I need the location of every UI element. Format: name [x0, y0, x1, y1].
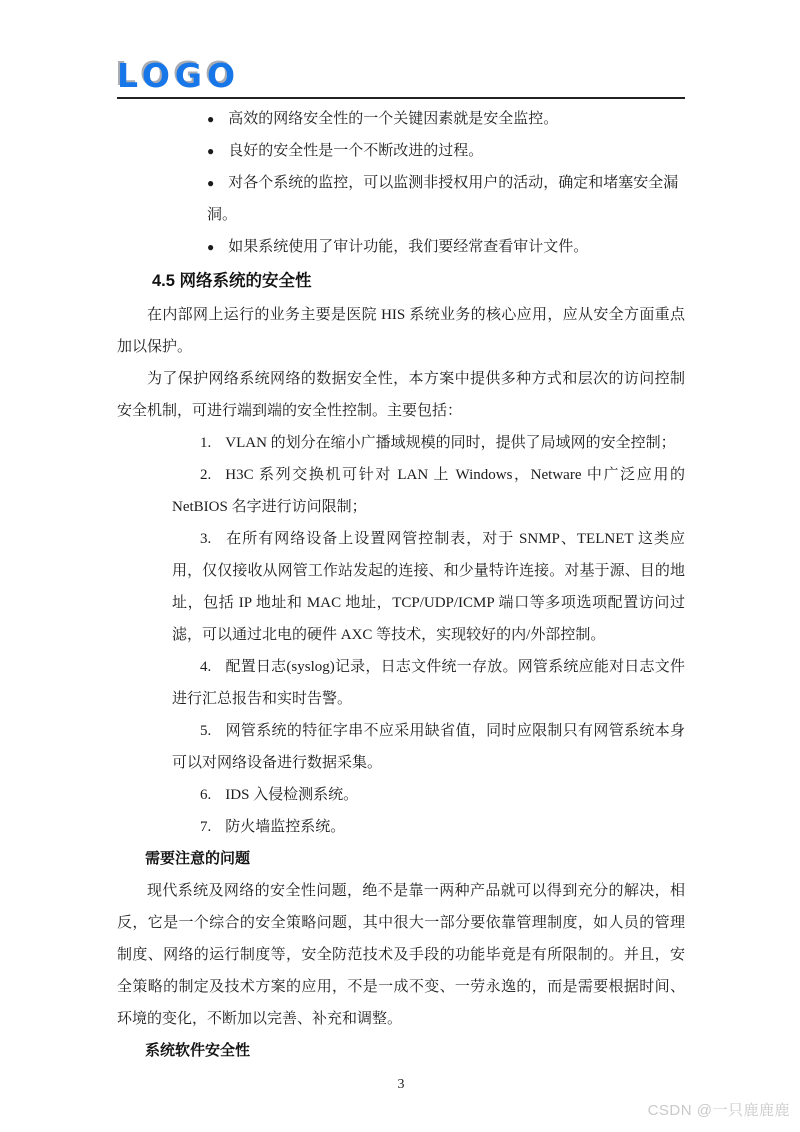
item-number: 3. [200, 531, 225, 547]
section-heading-4-5: 4.5 网络系统的安全性 [152, 269, 685, 293]
bullet-text: 如果系统使用了审计功能，我们要经常查看审计文件。 [228, 239, 588, 255]
item-number: 4. [200, 659, 225, 675]
bullet-list-item: ●良好的安全性是一个不断改进的过程。 [117, 135, 685, 167]
bullet-text: 高效的网络安全性的一个关键因素就是安全监控。 [228, 111, 558, 127]
csdn-watermark: CSDN @一只鹿鹿鹿 [648, 1099, 790, 1120]
item-text: IDS 入侵检测系统。 [225, 787, 358, 803]
bullet-icon: ● [207, 103, 214, 135]
item-text: 防火墙监控系统。 [225, 819, 345, 835]
item-number: 1. [200, 435, 225, 451]
page-number: 3 [117, 1075, 685, 1095]
document-page: LOGO ●高效的网络安全性的一个关键因素就是安全监控。 ●良好的安全性是一个不… [0, 0, 800, 1132]
item-text: 配置日志(syslog)记录，日志文件统一存放。网管系统应能对日志文件进行汇总报… [172, 659, 685, 707]
paragraph: 现代系统及网络的安全性问题，绝不是靠一两种产品就可以得到充分的解决，相反，它是一… [117, 875, 685, 1035]
bullet-icon: ● [207, 167, 214, 199]
subheading-notes: 需要注意的问题 [117, 843, 685, 875]
page-header: LOGO [117, 0, 685, 99]
numbered-item: 3.在所有网络设备上设置网管控制表，对于 SNMP、TELNET 这类应用，仅仅… [117, 523, 685, 651]
bullet-list-item: ●对各个系统的监控，可以监测非授权用户的活动，确定和堵塞安全漏洞。 [117, 167, 685, 231]
item-text: H3C 系列交换机可针对 LAN 上 Windows，Netware 中广泛应用… [172, 467, 685, 515]
header-divider [117, 97, 685, 99]
paragraph: 为了保护网络系统网络的数据安全性，本方案中提供多种方式和层次的访问控制安全机制，… [117, 363, 685, 427]
bullet-text: 对各个系统的监控，可以监测非授权用户的活动，确定和堵塞安全漏洞。 [207, 175, 678, 223]
item-text: 网管系统的特征字串不应采用缺省值，同时应限制只有网管系统本身可以对网络设备进行数… [172, 723, 685, 771]
numbered-item: 7.防火墙监控系统。 [117, 811, 685, 843]
company-logo: LOGO [117, 58, 240, 94]
bullet-list-item: ●如果系统使用了审计功能，我们要经常查看审计文件。 [117, 231, 685, 263]
bullet-icon: ● [207, 231, 214, 263]
item-number: 5. [200, 723, 225, 739]
item-number: 6. [200, 787, 225, 803]
document-body: ●高效的网络安全性的一个关键因素就是安全监控。 ●良好的安全性是一个不断改进的过… [117, 103, 685, 1095]
numbered-item: 2.H3C 系列交换机可针对 LAN 上 Windows，Netware 中广泛… [117, 459, 685, 523]
paragraph: 在内部网上运行的业务主要是医院 HIS 系统业务的核心应用，应从安全方面重点加以… [117, 299, 685, 363]
item-number: 2. [200, 467, 225, 483]
bullet-icon: ● [207, 135, 214, 167]
item-text: VLAN 的划分在缩小广播域规模的同时，提供了局域网的安全控制； [225, 435, 675, 451]
item-text: 在所有网络设备上设置网管控制表，对于 SNMP、TELNET 这类应用，仅仅接收… [172, 531, 685, 643]
numbered-item: 5.网管系统的特征字串不应采用缺省值，同时应限制只有网管系统本身可以对网络设备进… [117, 715, 685, 779]
numbered-item: 1.VLAN 的划分在缩小广播域规模的同时，提供了局域网的安全控制； [117, 427, 685, 459]
item-number: 7. [200, 819, 225, 835]
numbered-item: 6.IDS 入侵检测系统。 [117, 779, 685, 811]
numbered-item: 4.配置日志(syslog)记录，日志文件统一存放。网管系统应能对日志文件进行汇… [117, 651, 685, 715]
bullet-text: 良好的安全性是一个不断改进的过程。 [228, 143, 483, 159]
bullet-list-item: ●高效的网络安全性的一个关键因素就是安全监控。 [117, 103, 685, 135]
subheading-system-software: 系统软件安全性 [117, 1035, 685, 1067]
